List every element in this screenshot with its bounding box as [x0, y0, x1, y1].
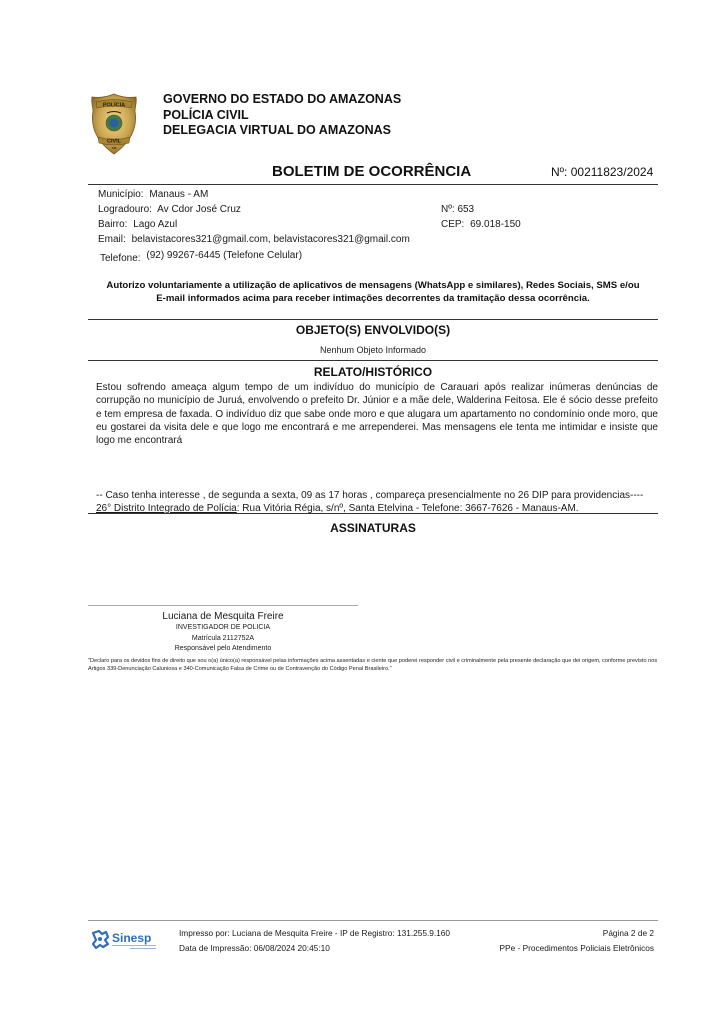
numero-field: Nº: 653	[441, 204, 474, 215]
document-number-label: Nº:	[551, 165, 567, 179]
cep-label: CEP:	[441, 219, 464, 230]
svg-text:AM: AM	[112, 146, 117, 150]
numero-label: Nº:	[441, 204, 455, 215]
consent-line-2: E-mail informados acima para receber int…	[88, 292, 658, 305]
divider	[88, 360, 658, 361]
document-number-value: 00211823/2024	[571, 165, 654, 179]
divider	[88, 184, 658, 185]
cep-field: CEP: 69.018-150	[441, 219, 521, 230]
logradouro-field: Logradouro: Av Cdor José Cruz	[98, 204, 241, 215]
page-indicator: Página 2 de 2	[440, 926, 654, 941]
attendance-notice: -- Caso tenha interesse , de segunda a s…	[96, 489, 660, 515]
logradouro-value: Av Cdor José Cruz	[157, 204, 241, 215]
header-line-government: GOVERNO DO ESTADO DO AMAZONAS	[163, 92, 401, 108]
numero-value: 653	[457, 204, 474, 215]
header-line-delegacia: DELEGACIA VIRTUAL DO AMAZONAS	[163, 123, 401, 139]
objects-section-title: OBJETO(S) ENVOLVIDO(S)	[88, 323, 658, 337]
bairro-label: Bairro:	[98, 219, 127, 230]
email-label: Email:	[98, 234, 126, 245]
municipio-value: Manaus - AM	[149, 189, 208, 200]
signer-role: INVESTIGADOR DE POLICIA	[88, 623, 358, 634]
report-section-title: RELATO/HISTÓRICO	[88, 365, 658, 379]
document-title: BOLETIM DE OCORRÊNCIA	[272, 163, 471, 180]
footer-divider	[88, 920, 658, 921]
footer-print-info: Impresso por: Luciana de Mesquita Freire…	[179, 926, 450, 956]
svg-text:Sinesp: Sinesp	[112, 931, 151, 945]
municipio-field: Município: Manaus - AM	[98, 189, 208, 200]
signer-registration: Matrícula 2112752A	[88, 634, 358, 645]
signature-block: Luciana de Mesquita Freire INVESTIGADOR …	[88, 610, 358, 655]
municipio-label: Município:	[98, 189, 144, 200]
header-line-police: POLÍCIA CIVIL	[163, 108, 401, 124]
signature-line	[88, 605, 358, 606]
bairro-value: Lago Azul	[133, 219, 177, 230]
print-date: Data de Impressão: 06/08/2024 20:45:10	[179, 941, 450, 956]
telefone-value: (92) 99267-6445 (Telefone Celular)	[146, 250, 302, 261]
system-name: PPe - Procedimentos Policiais Eletrônico…	[440, 941, 654, 956]
consent-statement: Autorizo voluntariamente a utilização de…	[88, 279, 658, 305]
email-field: Email: belavistacores321@gmail.com, bela…	[98, 234, 410, 245]
footer-page-info: Página 2 de 2 PPe - Procedimentos Polici…	[440, 926, 654, 956]
signer-responsibility: Responsável pelo Atendimento	[88, 644, 358, 655]
cep-value: 69.018-150	[470, 219, 521, 230]
document-number: Nº: 00211823/2024	[551, 165, 653, 179]
institution-header: GOVERNO DO ESTADO DO AMAZONAS POLÍCIA CI…	[163, 92, 401, 139]
divider	[88, 513, 658, 514]
telefone-field: Telefone: (92) 99267-6445 (Telefone Celu…	[100, 250, 302, 261]
report-text: Estou sofrendo ameaça algum tempo de um …	[96, 381, 658, 447]
objects-value: Nenhum Objeto Informado	[88, 345, 658, 355]
legal-declaration: "Declaro para os devidos fins de direito…	[88, 658, 663, 673]
signer-name: Luciana de Mesquita Freire	[88, 610, 358, 623]
svg-text:CIVIL: CIVIL	[107, 139, 122, 145]
bairro-field: Bairro: Lago Azul	[98, 219, 177, 230]
email-value: belavistacores321@gmail.com, belavistaco…	[132, 234, 410, 245]
police-badge-icon: POLÍCIA CIVIL AM	[89, 93, 139, 155]
svg-text:POLÍCIA: POLÍCIA	[103, 101, 125, 109]
divider	[88, 319, 658, 320]
signatures-section-title: ASSINATURAS	[88, 521, 658, 535]
consent-line-1: Autorizo voluntariamente a utilização de…	[88, 279, 658, 292]
telefone-label: Telefone:	[100, 253, 141, 264]
notice-line: -- Caso tenha interesse , de segunda a s…	[96, 489, 660, 502]
sinesp-logo-icon: Sinesp	[90, 928, 165, 952]
logradouro-label: Logradouro:	[98, 204, 152, 215]
printed-by: Impresso por: Luciana de Mesquita Freire…	[179, 926, 450, 941]
